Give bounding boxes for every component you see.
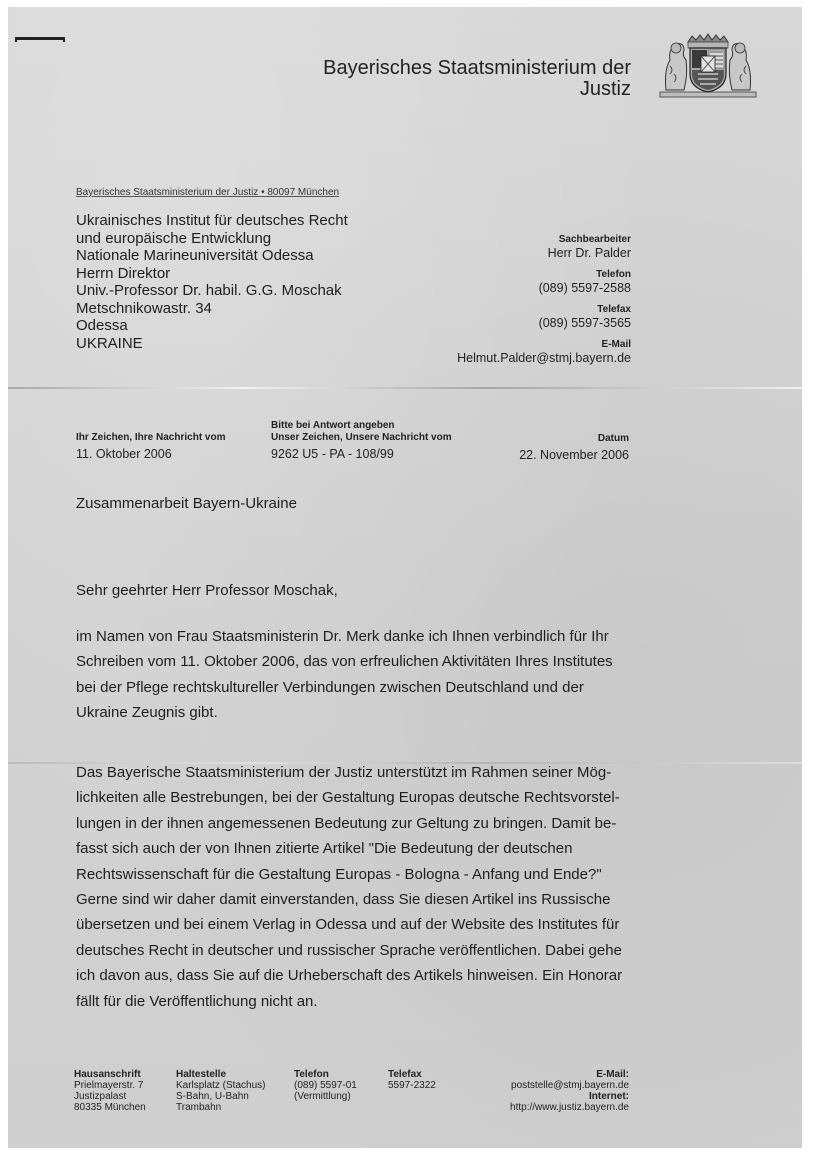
footer-phone: Telefon (089) 5597-01 (Vermittlung) xyxy=(294,1069,357,1102)
fax-label: Telefax xyxy=(371,304,631,316)
footer-line: Trambahn xyxy=(176,1102,265,1113)
body-line: Rechtswissenschaft für die Gestaltung Eu… xyxy=(76,862,622,887)
recipient-line: Ukrainisches Institut für deutsches Rech… xyxy=(76,212,348,230)
your-reference-label: Ihr Zeichen, Ihre Nachricht vom xyxy=(76,432,225,444)
contact-block: Sachbearbeiter Herr Dr. Palder Telefon (… xyxy=(371,234,631,366)
footer-line: Prielmayerstr. 7 xyxy=(74,1080,146,1091)
our-reference-label: Unser Zeichen, Unsere Nachricht vom xyxy=(271,432,452,444)
date-label: Datum xyxy=(598,433,629,445)
body-paragraph-2: Das Bayerische Staatsministerium der Jus… xyxy=(76,760,622,1014)
body-line: ich davon aus, dass Sie auf die Urhebers… xyxy=(76,963,622,988)
recipient-line: Metschnikowastr. 34 xyxy=(76,300,348,318)
reply-hint: Bitte bei Antwort angeben xyxy=(271,420,395,432)
footer-fax-label: Telefax xyxy=(388,1069,436,1080)
footer-line: (089) 5597-01 xyxy=(294,1080,357,1091)
bavarian-coat-of-arms-icon xyxy=(658,30,758,100)
recipient-line: und europäische Entwicklung xyxy=(76,230,348,248)
clerk-label: Sachbearbeiter xyxy=(371,234,631,246)
fax-value: (089) 5597-3565 xyxy=(371,316,631,331)
date-value: 22. November 2006 xyxy=(519,448,629,462)
body-line: deutsches Recht in deutscher und russisc… xyxy=(76,938,622,963)
body-line: fasst sich auch der von Ihnen zitierte A… xyxy=(76,836,622,861)
footer-stop-label: Haltestelle xyxy=(176,1069,265,1080)
footer-line: (Vermittlung) xyxy=(294,1091,357,1102)
clerk-value: Herr Dr. Palder xyxy=(371,246,631,261)
footer-internet-label: Internet: xyxy=(510,1091,629,1102)
sender-return-address: Bayerisches Staatsministerium der Justiz… xyxy=(76,187,339,198)
footer-line: S-Bahn, U-Bahn xyxy=(176,1091,265,1102)
body-line: bei der Pflege rechtskultureller Verbind… xyxy=(76,675,613,700)
footer-line: Karlsplatz (Stachus) xyxy=(176,1080,265,1091)
recipient-line: UKRAINE xyxy=(76,335,348,353)
footer-internet-value: http://www.justiz.bayern.de xyxy=(510,1102,629,1113)
footer-address-label: Hausanschrift xyxy=(74,1069,146,1080)
recipient-line: Univ.-Professor Dr. habil. G.G. Moschak xyxy=(76,282,348,300)
body-line: Schreiben vom 11. Oktober 2006, das von … xyxy=(76,649,613,674)
email-label: E-Mail xyxy=(371,339,631,351)
footer-online: E-Mail: poststelle@stmj.bayern.de Intern… xyxy=(510,1069,629,1113)
footer-fax: Telefax 5597-2322 xyxy=(388,1069,436,1091)
footer-line: Justizpalast xyxy=(74,1091,146,1102)
ministry-title: Bayerisches Staatsministerium der Justiz xyxy=(323,58,631,100)
recipient-line: Nationale Marineuniversität Odessa xyxy=(76,247,348,265)
staple-mark xyxy=(15,37,65,42)
body-line: fällt für die Veröffentlichung nicht an. xyxy=(76,989,622,1014)
subject-line: Zusammenarbeit Bayern-Ukraine xyxy=(76,495,297,512)
recipient-line: Herrn Direktor xyxy=(76,265,348,283)
footer-address: Hausanschrift Prielmayerstr. 7 Justizpal… xyxy=(74,1069,146,1113)
footer-email-value: poststelle@stmj.bayern.de xyxy=(510,1080,629,1091)
footer-line: 5597-2322 xyxy=(388,1080,436,1091)
email-value: Helmut.Palder@stmj.bayern.de xyxy=(371,351,631,366)
phone-label: Telefon xyxy=(371,269,631,281)
body-line: Gerne sind wir daher damit einverstanden… xyxy=(76,887,622,912)
body-line: im Namen von Frau Staatsministerin Dr. M… xyxy=(76,624,613,649)
recipient-line: Odessa xyxy=(76,317,348,335)
footer-line: 80335 München xyxy=(74,1102,146,1113)
ministry-title-line1: Bayerisches Staatsministerium der xyxy=(323,58,631,79)
recipient-address: Ukrainisches Institut für deutsches Rech… xyxy=(76,212,348,352)
phone-value: (089) 5597-2588 xyxy=(371,281,631,296)
body-line: Das Bayerische Staatsministerium der Jus… xyxy=(76,760,622,785)
ministry-title-line2: Justiz xyxy=(323,79,631,100)
body-line: Ukraine Zeugnis gibt. xyxy=(76,700,613,725)
your-reference-value: 11. Oktober 2006 xyxy=(76,447,172,461)
body-paragraph-1: im Namen von Frau Staatsministerin Dr. M… xyxy=(76,624,613,726)
body-line: lichkeiten alle Bestrebungen, bei der Ge… xyxy=(76,785,622,810)
footer-phone-label: Telefon xyxy=(294,1069,357,1080)
paper-fold-line xyxy=(8,387,802,389)
salutation: Sehr geehrter Herr Professor Moschak, xyxy=(76,582,338,599)
our-reference-value: 9262 U5 - PA - 108/99 xyxy=(271,447,394,461)
footer-email-label: E-Mail: xyxy=(510,1069,629,1080)
body-line: übersetzen und bei einem Verlag in Odess… xyxy=(76,912,622,937)
body-line: lungen in der ihnen angemessenen Bedeutu… xyxy=(76,811,622,836)
footer-transit-stop: Haltestelle Karlsplatz (Stachus) S-Bahn,… xyxy=(176,1069,265,1113)
